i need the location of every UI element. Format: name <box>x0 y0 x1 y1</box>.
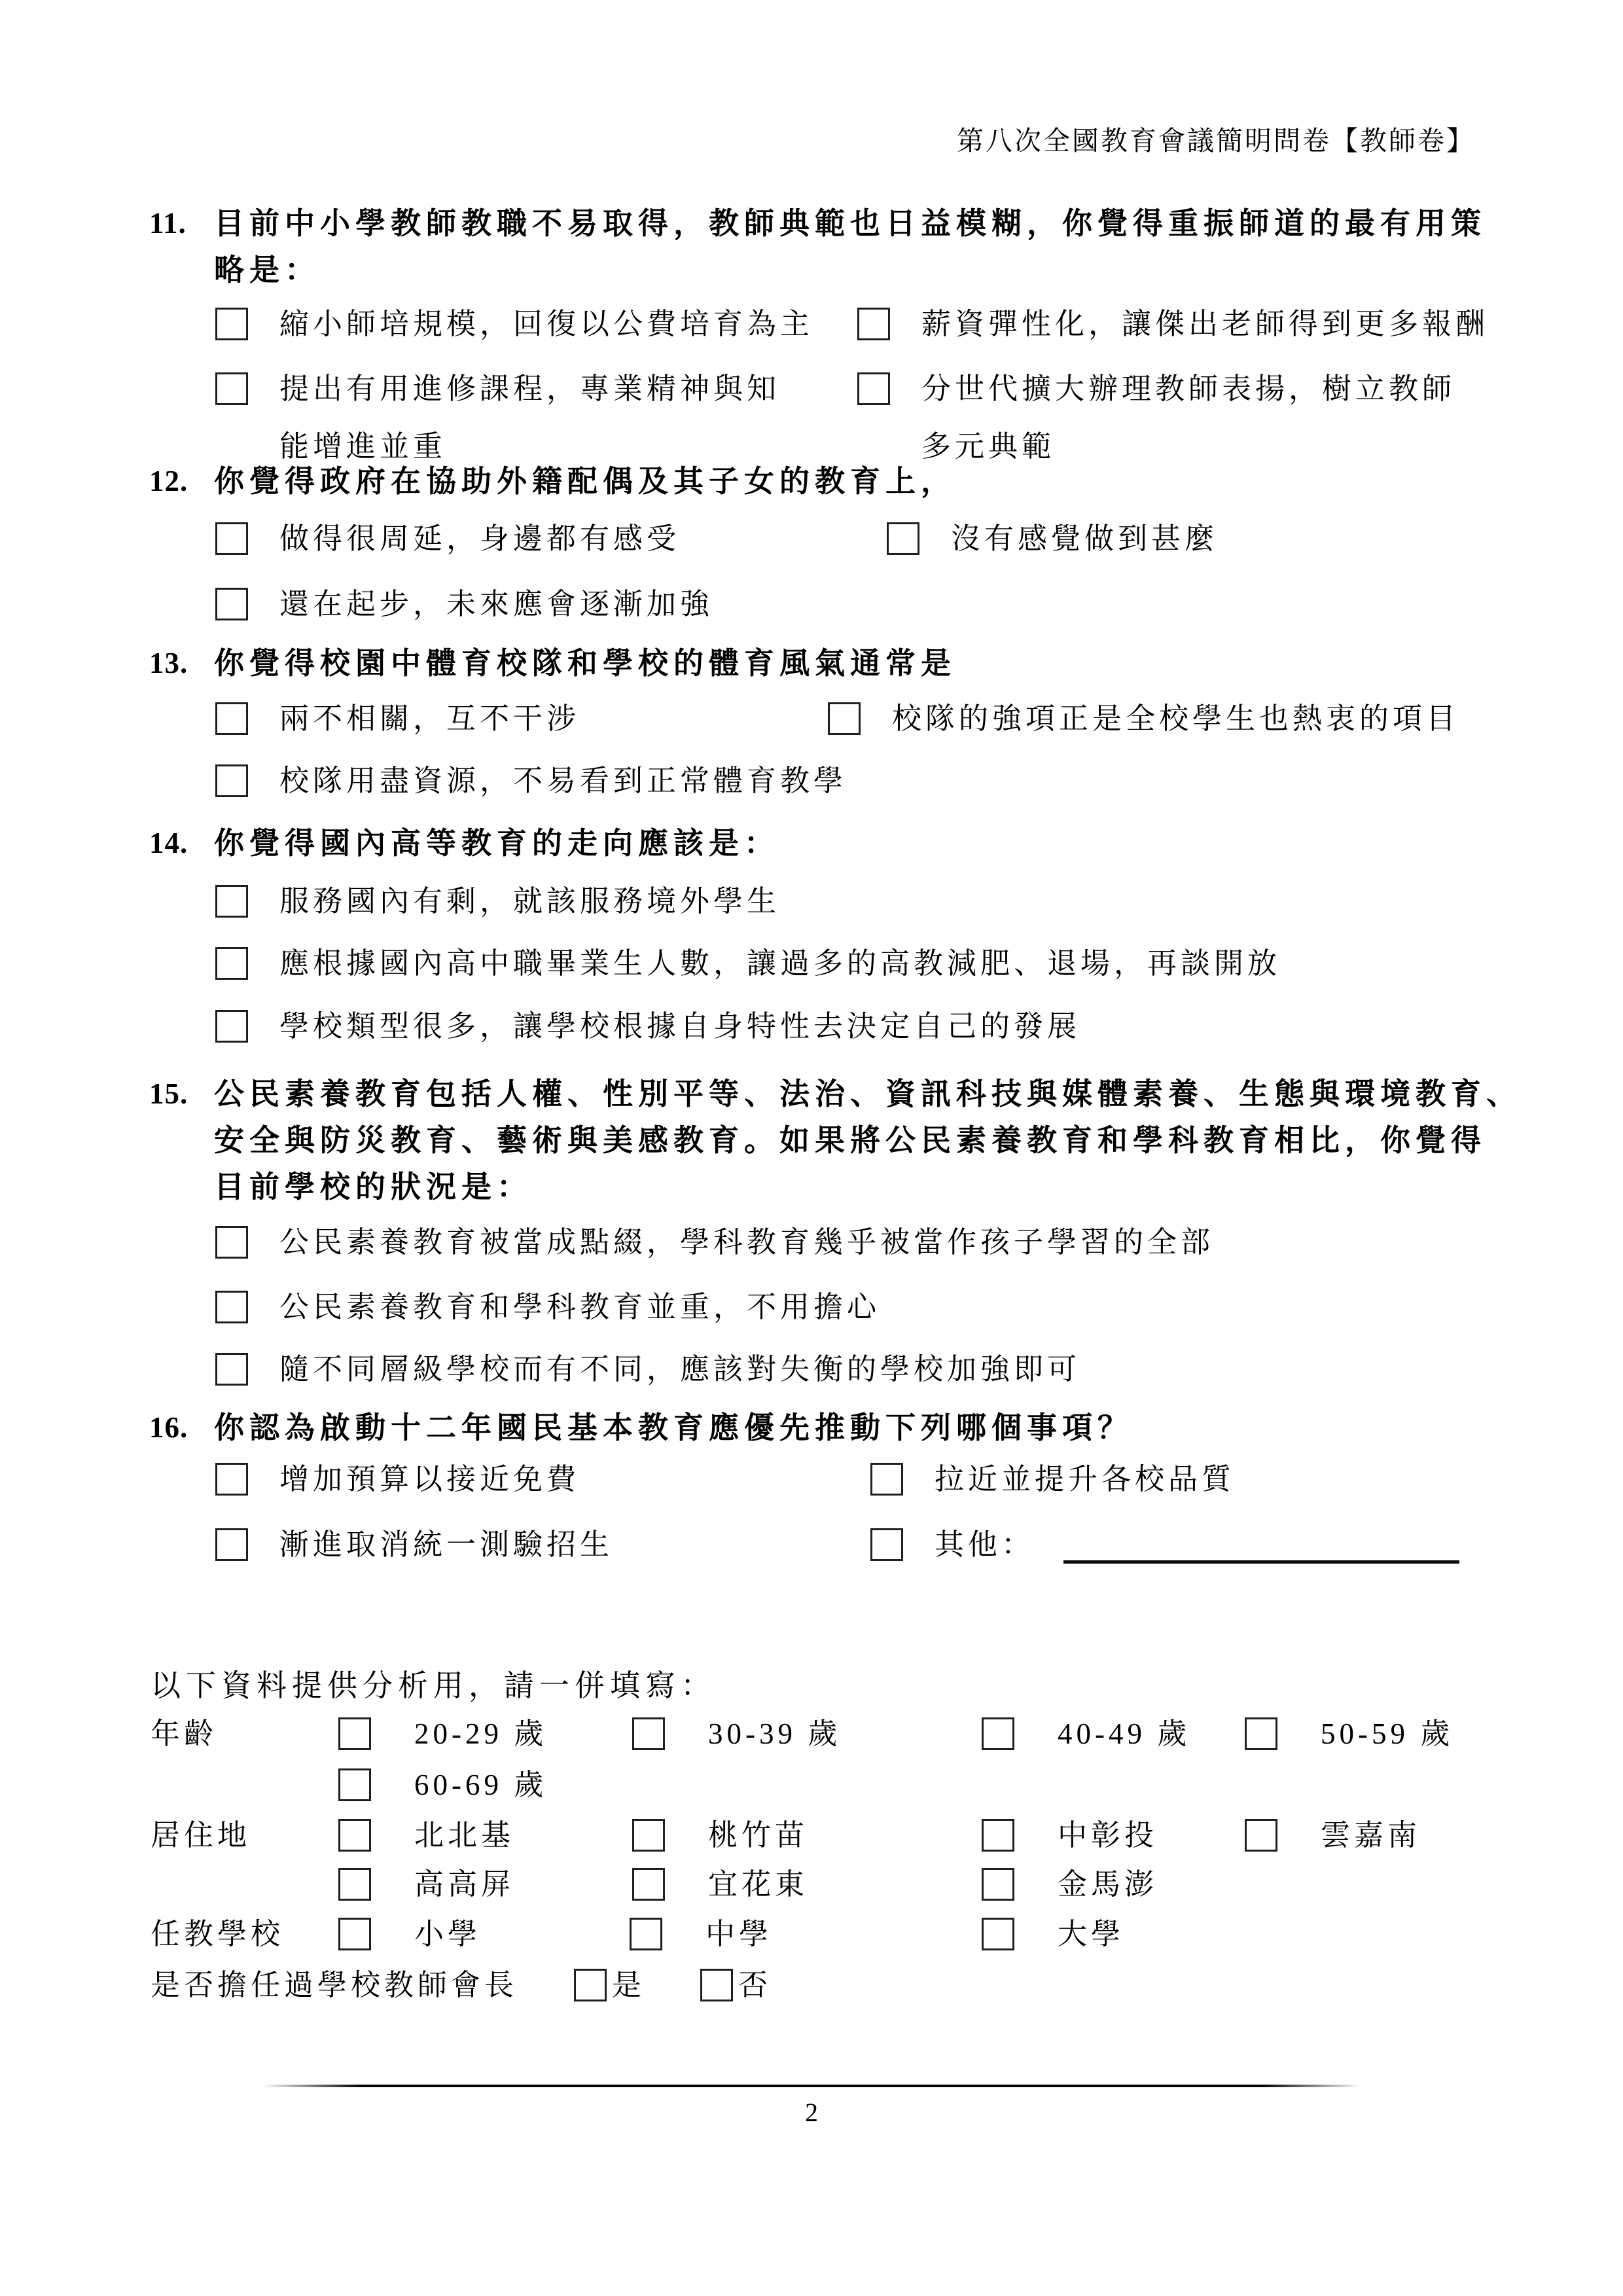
school-primary-checkbox[interactable] <box>338 1918 371 1950</box>
other-answer-blank[interactable] <box>1063 1516 1459 1564</box>
age-40-49-checkbox[interactable] <box>982 1717 1014 1750</box>
page-number: 2 <box>0 2093 1623 2132</box>
residence-1-checkbox[interactable] <box>338 1819 371 1852</box>
age-option-60-69: 60-69 歲 <box>338 1756 547 1814</box>
chair-option-yes: 是 <box>574 1956 645 2014</box>
q11-option-2-label: 薪資彈性化，讓傑出老師得到更多報酬 <box>921 295 1489 353</box>
q12-option-3-label: 還在起步，未來應會逐漸加強 <box>279 575 713 633</box>
q13-option-1-label: 兩不相關，互不干涉 <box>279 690 580 747</box>
q12-option-3: 還在起步，未來應會逐漸加強 <box>215 575 713 633</box>
q15-option-3: 隨不同層級學校而有不同，應該對失衡的學校加強即可 <box>215 1340 1080 1398</box>
school-option-primary: 小學 <box>338 1905 481 1963</box>
q11-option-2-checkbox[interactable] <box>857 308 890 340</box>
q13-option-3-label: 校隊用盡資源，不易看到正常體育教學 <box>279 752 847 810</box>
question-13-number: 13. <box>149 640 188 687</box>
q16-option-2-label: 拉近並提升各校品質 <box>935 1450 1235 1508</box>
age-option-40-49: 40-49 歲 <box>982 1705 1190 1763</box>
chair-label: 是否擔任過學校教師會長 <box>151 1956 518 2014</box>
chair-no-checkbox[interactable] <box>700 1969 733 2001</box>
q14-option-2: 應根據國內高中職畢業生人數，讓過多的高教減肥、退場，再談開放 <box>215 935 1281 992</box>
q14-option-1-checkbox[interactable] <box>215 885 248 918</box>
age-20-29-label: 20-29 歲 <box>414 1705 547 1763</box>
q16-option-4-other: 其他： <box>870 1516 1459 1573</box>
q15-option-2-checkbox[interactable] <box>215 1291 248 1323</box>
q16-option-3-label: 漸進取消統一測驗招生 <box>279 1516 613 1573</box>
age-40-49-label: 40-49 歲 <box>1058 1705 1190 1763</box>
age-option-50-59: 50-59 歲 <box>1245 1705 1454 1763</box>
q12-option-1: 做得很周延，身邊都有感受 <box>215 510 680 567</box>
question-13-stem: 你覺得校園中體育校隊和學校的體育風氣通常是 <box>214 640 956 687</box>
q13-option-2-label: 校隊的強項正是全校學生也熱衷的項目 <box>892 690 1459 747</box>
q15-option-3-checkbox[interactable] <box>215 1353 248 1386</box>
age-20-29-checkbox[interactable] <box>338 1717 371 1750</box>
q12-option-1-label: 做得很周延，身邊都有感受 <box>279 510 680 567</box>
age-50-59-label: 50-59 歲 <box>1321 1705 1454 1763</box>
q13-option-1: 兩不相關，互不干涉 <box>215 690 580 747</box>
school-university-checkbox[interactable] <box>982 1918 1014 1950</box>
residence-6-label: 宜花東 <box>708 1856 808 1913</box>
residence-option-5: 高高屏 <box>338 1856 514 1913</box>
question-15-number: 15. <box>149 1071 188 1117</box>
school-option-university: 大學 <box>982 1905 1124 1963</box>
residence-2-checkbox[interactable] <box>632 1819 665 1852</box>
age-60-69-label: 60-69 歲 <box>414 1756 547 1814</box>
q16-option-3-checkbox[interactable] <box>215 1528 248 1561</box>
chair-yes-checkbox[interactable] <box>574 1969 607 2001</box>
school-university-label: 大學 <box>1058 1905 1124 1963</box>
age-30-39-checkbox[interactable] <box>632 1717 665 1750</box>
residence-7-checkbox[interactable] <box>982 1868 1014 1901</box>
q15-option-1-checkbox[interactable] <box>215 1226 248 1259</box>
q15-option-1-label: 公民素養教育被當成點綴，學科教育幾乎被當作孩子學習的全部 <box>279 1213 1214 1271</box>
q14-option-1: 服務國內有剩，就該服務境外學生 <box>215 872 780 930</box>
school-secondary-checkbox[interactable] <box>630 1918 662 1950</box>
q13-option-3: 校隊用盡資源，不易看到正常體育教學 <box>215 752 847 810</box>
q11-option-1-checkbox[interactable] <box>215 308 248 340</box>
chair-option-no: 否 <box>700 1956 772 2014</box>
q12-option-2-checkbox[interactable] <box>887 522 919 555</box>
q11-option-4-label: 分世代擴大辦理教師表揚，樹立教師 多元典範 <box>921 360 1455 475</box>
residence-option-7: 金馬澎 <box>982 1856 1158 1913</box>
q16-option-2-checkbox[interactable] <box>870 1463 903 1496</box>
q16-option-1-label: 增加預算以接近免費 <box>279 1450 580 1508</box>
q16-option-4-checkbox[interactable] <box>870 1528 903 1561</box>
residence-label: 居住地 <box>151 1806 251 1864</box>
page-header-title: 第八次全國教育會議簡明問卷【教師卷】 <box>957 119 1475 158</box>
q15-option-1: 公民素養教育被當成點綴，學科教育幾乎被當作孩子學習的全部 <box>215 1213 1214 1271</box>
q14-option-3-checkbox[interactable] <box>215 1010 248 1043</box>
residence-7-label: 金馬澎 <box>1058 1856 1158 1913</box>
footer-rule <box>262 2085 1361 2087</box>
residence-5-label: 高高屏 <box>414 1856 514 1913</box>
q16-option-2: 拉近並提升各校品質 <box>870 1450 1235 1508</box>
residence-option-4: 雲嘉南 <box>1245 1806 1421 1864</box>
q15-option-2-label: 公民素養教育和學科教育並重，不用擔心 <box>279 1278 880 1336</box>
school-primary-label: 小學 <box>414 1905 481 1963</box>
question-14-stem: 你覺得國內高等教育的走向應該是： <box>214 820 779 867</box>
age-label: 年齡 <box>151 1705 217 1763</box>
residence-4-label: 雲嘉南 <box>1321 1806 1421 1864</box>
chair-no-label: 否 <box>738 1956 772 2014</box>
q14-option-3-label: 學校類型很多，讓學校根據自身特性去決定自己的發展 <box>279 997 1080 1055</box>
q15-option-3-label: 隨不同層級學校而有不同，應該對失衡的學校加強即可 <box>279 1340 1080 1398</box>
q14-option-1-label: 服務國內有剩，就該服務境外學生 <box>279 872 780 930</box>
questionnaire-page: 第八次全國教育會議簡明問卷【教師卷】 11. 目前中小學教師教職不易取得，教師典… <box>0 0 1623 2296</box>
q12-option-1-checkbox[interactable] <box>215 522 248 555</box>
residence-option-6: 宜花東 <box>632 1856 808 1913</box>
school-secondary-label: 中學 <box>705 1905 772 1963</box>
q12-option-3-checkbox[interactable] <box>215 588 248 620</box>
q15-option-2: 公民素養教育和學科教育並重，不用擔心 <box>215 1278 880 1336</box>
q12-option-2: 沒有感覺做到甚麼 <box>887 510 1218 567</box>
residence-6-checkbox[interactable] <box>632 1868 665 1901</box>
q14-option-2-label: 應根據國內高中職畢業生人數，讓過多的高教減肥、退場，再談開放 <box>279 935 1281 992</box>
q16-option-1: 增加預算以接近免費 <box>215 1450 580 1508</box>
q14-option-2-checkbox[interactable] <box>215 947 248 980</box>
q11-option-1-label: 縮小師培規模，回復以公費培育為主 <box>279 295 813 353</box>
question-12-number: 12. <box>149 458 188 505</box>
q16-option-1-checkbox[interactable] <box>215 1463 248 1496</box>
question-12-stem: 你覺得政府在協助外籍配偶及其子女的教育上， <box>214 458 956 505</box>
age-30-39-label: 30-39 歲 <box>708 1705 841 1763</box>
q13-option-1-checkbox[interactable] <box>215 702 248 735</box>
q11-option-1: 縮小師培規模，回復以公費培育為主 <box>215 295 813 353</box>
q13-option-3-checkbox[interactable] <box>215 764 248 797</box>
question-16-number: 16. <box>149 1405 188 1451</box>
residence-3-checkbox[interactable] <box>982 1819 1014 1852</box>
residence-4-checkbox[interactable] <box>1245 1819 1277 1852</box>
q16-option-4-label: 其他： <box>935 1516 1035 1573</box>
age-option-20-29: 20-29 歲 <box>338 1705 547 1763</box>
question-11-number: 11. <box>149 200 187 247</box>
q11-option-4-checkbox[interactable] <box>857 372 890 405</box>
age-60-69-checkbox[interactable] <box>338 1768 371 1801</box>
question-15-stem: 公民素養教育包括人權、性別平等、法治、資訊科技與媒體素養、生態與環境教育、 安全… <box>214 1071 1522 1210</box>
q12-option-2-label: 沒有感覺做到甚麼 <box>951 510 1218 567</box>
q11-option-2: 薪資彈性化，讓傑出老師得到更多報酬 <box>857 295 1489 353</box>
residence-5-checkbox[interactable] <box>338 1868 371 1901</box>
school-label: 任教學校 <box>151 1905 284 1963</box>
q13-option-2: 校隊的強項正是全校學生也熱衷的項目 <box>828 690 1459 747</box>
question-16-stem: 你認為啟動十二年國民基本教育應優先推動下列哪個事項？ <box>214 1405 1133 1451</box>
q14-option-3: 學校類型很多，讓學校根據自身特性去決定自己的發展 <box>215 997 1080 1055</box>
q11-option-3-checkbox[interactable] <box>215 372 248 405</box>
question-11-stem: 目前中小學教師教職不易取得，教師典範也日益模糊，你覺得重振師道的最有用策 略是： <box>214 200 1486 293</box>
age-option-30-39: 30-39 歲 <box>632 1705 841 1763</box>
age-50-59-checkbox[interactable] <box>1245 1717 1277 1750</box>
chair-yes-label: 是 <box>612 1956 645 2014</box>
q13-option-2-checkbox[interactable] <box>828 702 861 735</box>
q16-option-3: 漸進取消統一測驗招生 <box>215 1516 613 1573</box>
school-option-secondary: 中學 <box>630 1905 772 1963</box>
question-14-number: 14. <box>149 820 188 867</box>
